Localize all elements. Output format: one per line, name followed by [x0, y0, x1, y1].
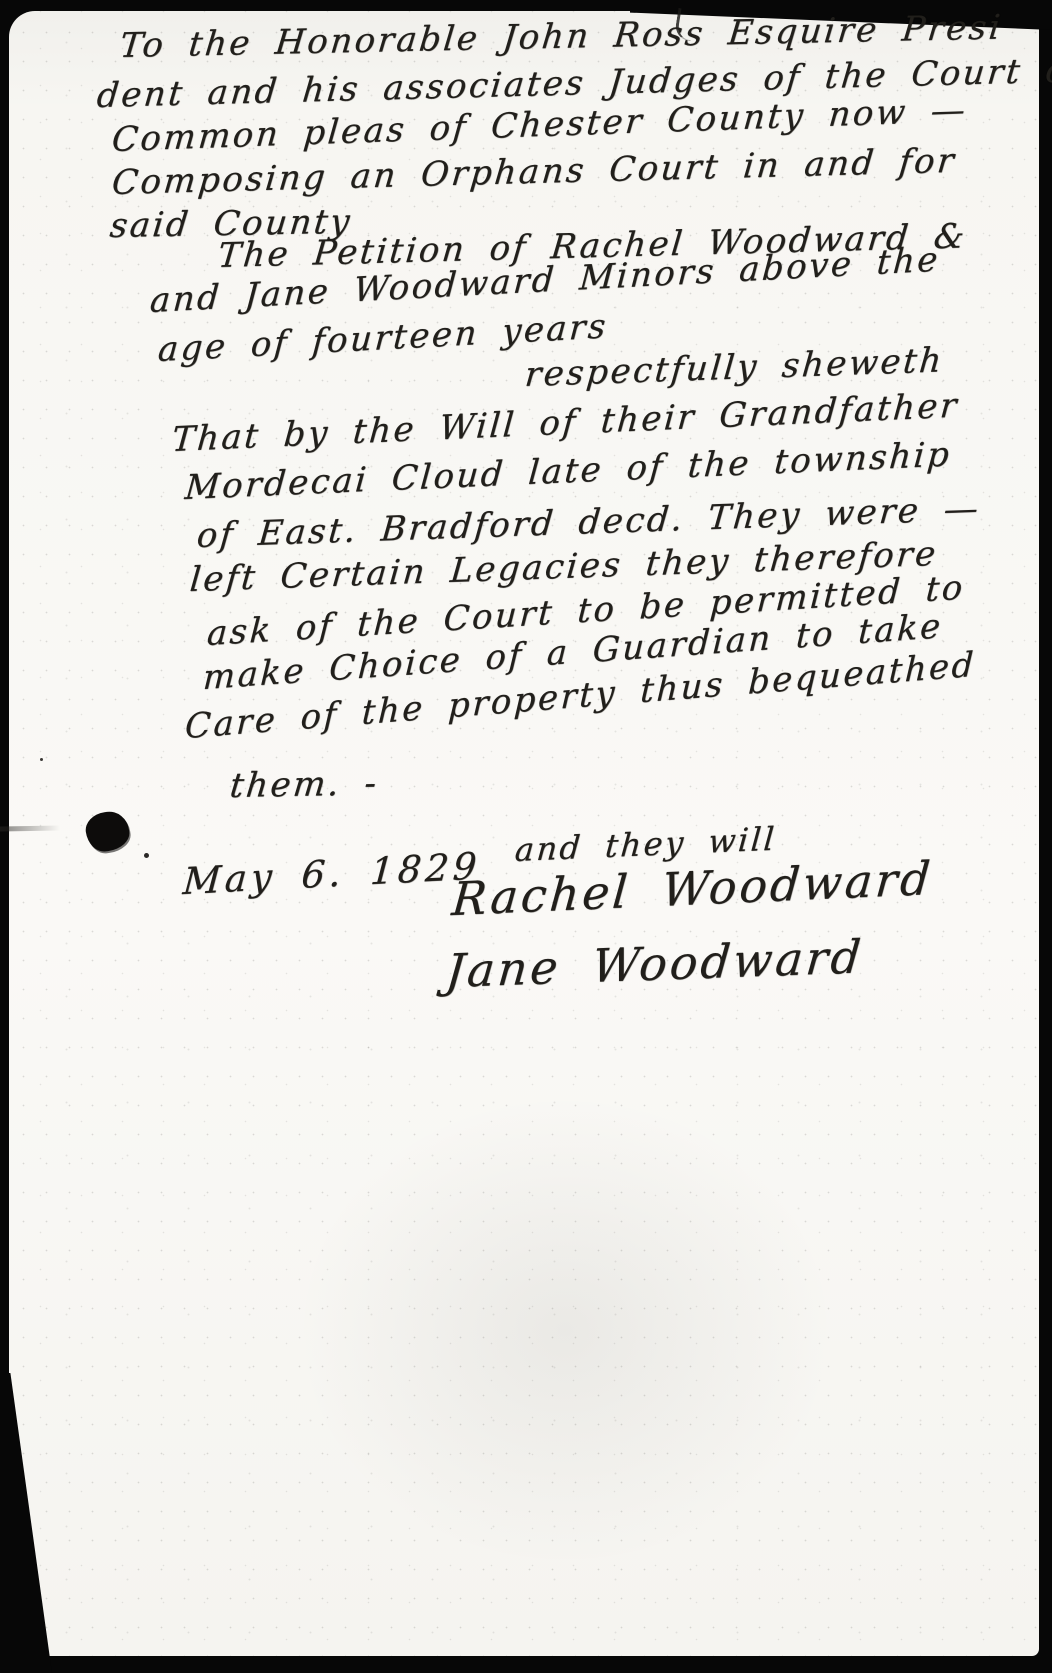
ink-speck	[144, 853, 149, 858]
ink-speck	[40, 758, 43, 761]
document-scan: To the Honorable John Ross Esquire Presi…	[0, 0, 1052, 1673]
paper-shading	[280, 1080, 850, 1580]
ink-smudge	[0, 825, 60, 831]
petition-line-17: them. -	[228, 763, 381, 806]
